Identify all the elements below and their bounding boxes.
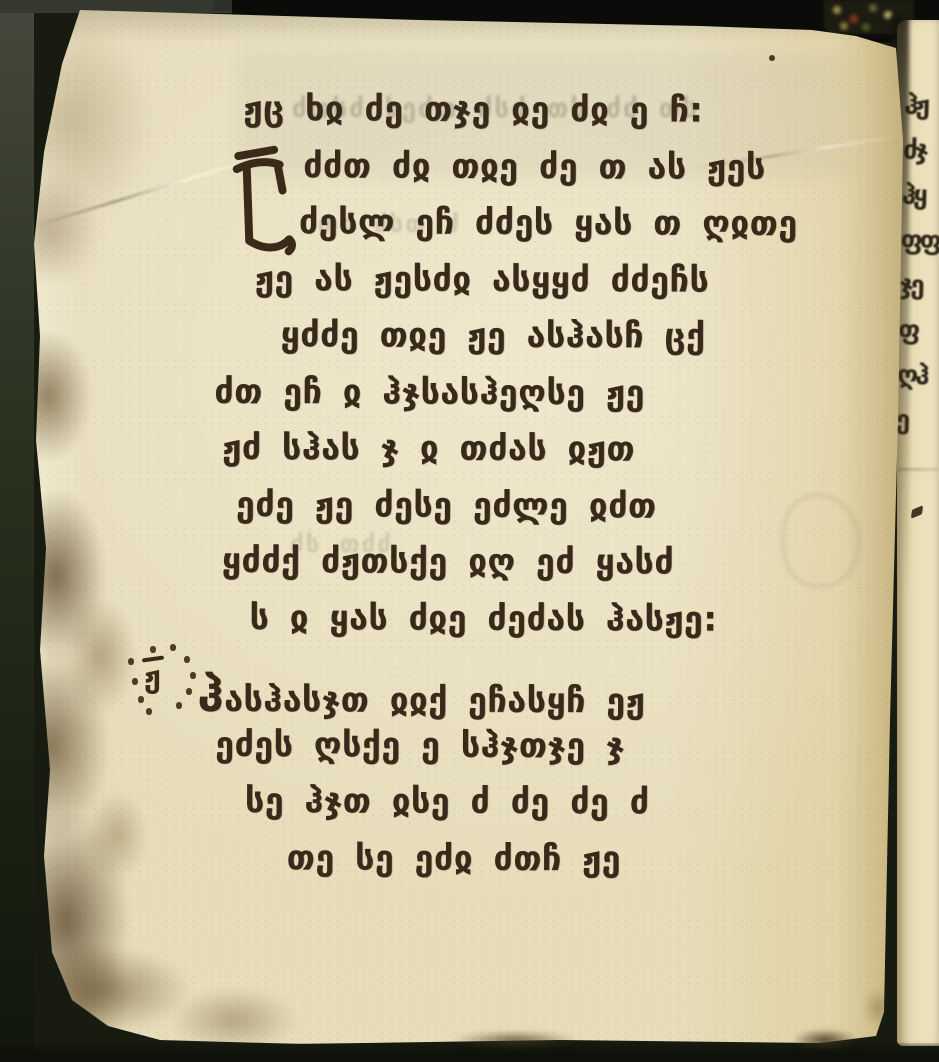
manuscript-text-line: ყძძქ ძჟთსქე ჲღ ეძ ყასძ [196, 541, 902, 600]
manuscript-text-line: ეძე ჟე ძესე ეძლე ჲძთ [196, 484, 902, 543]
manuscript-text-line: თე სე ეძჲ ძთჩ ჟე [195, 837, 901, 896]
margin-mark-dot [150, 646, 156, 653]
margin-mark-dot [146, 708, 152, 715]
background-top-left-band [0, 0, 238, 13]
stray-ink-dot [769, 55, 775, 61]
margin-mark-dot [186, 688, 192, 695]
margin-mark-dot [132, 678, 138, 685]
margin-mark-dot [184, 656, 190, 663]
parchment-page: ძთსძ ხეძთ ძსძ თხ ძძ თს თძ ძსთ ძ ძს თძძ ჟ… [0, 0, 939, 1062]
margin-mark-dot [170, 644, 176, 651]
margin-mark-dot [190, 672, 196, 679]
adjacent-page-ink-mark [911, 505, 923, 519]
manuscript-text-line: ჟც ხჲ ძე თჯე ჲე ძჲ ე ჩ: [197, 89, 903, 148]
margin-mark-dot [128, 658, 134, 665]
manuscript-text-line: ყძძე თჲე ჟე ასჰასჩ ცქ [196, 315, 902, 374]
bottom-edge-smudge [430, 1028, 600, 1048]
manuscript-photo: ჰჟძჯჰყფფჯეფღჰე ძთსძ ხეძთ ძსძ თხ ძძ თს თძ… [0, 0, 939, 1062]
manuscript-text-line: ს ჲ ყას ძჲე ძეძას ჰასჟე: [195, 597, 901, 656]
manuscript-text-line: ჟე ას ჟესძჲ ასყყძ ძძეჩს [197, 258, 903, 317]
margin-mark-glyph: ჟ [144, 660, 161, 695]
bottom-left-stain [14, 930, 354, 1060]
decorated-initial-letter [222, 142, 316, 265]
manuscript-text-line: ეძეს ღსქე ე სჰჯთჯე ჯ [195, 724, 901, 783]
manuscript-text-line: ჰასჰასჯთ ჲჲქ ეჩასყჩ ეჟ [195, 668, 901, 727]
manuscript-text-line: ძთ ეჩ ჲ ჰჯსასჰეღსე ჟე [196, 371, 902, 430]
manuscript-text-line: სე ჰჯთ ჲსე ძ ძე ძე ძ [195, 781, 901, 840]
margin-quire-mark: ჟ [126, 644, 200, 726]
margin-mark-dot [176, 702, 182, 709]
background-top-notch [213, 0, 233, 11]
bottom-edge-smudge [780, 1022, 870, 1048]
background-left-band [0, 0, 34, 1062]
manuscript-text-line: ჟძ სჰას ჯ ჲ თძას ჲჟთ [196, 428, 902, 487]
margin-mark-dot [138, 696, 144, 703]
